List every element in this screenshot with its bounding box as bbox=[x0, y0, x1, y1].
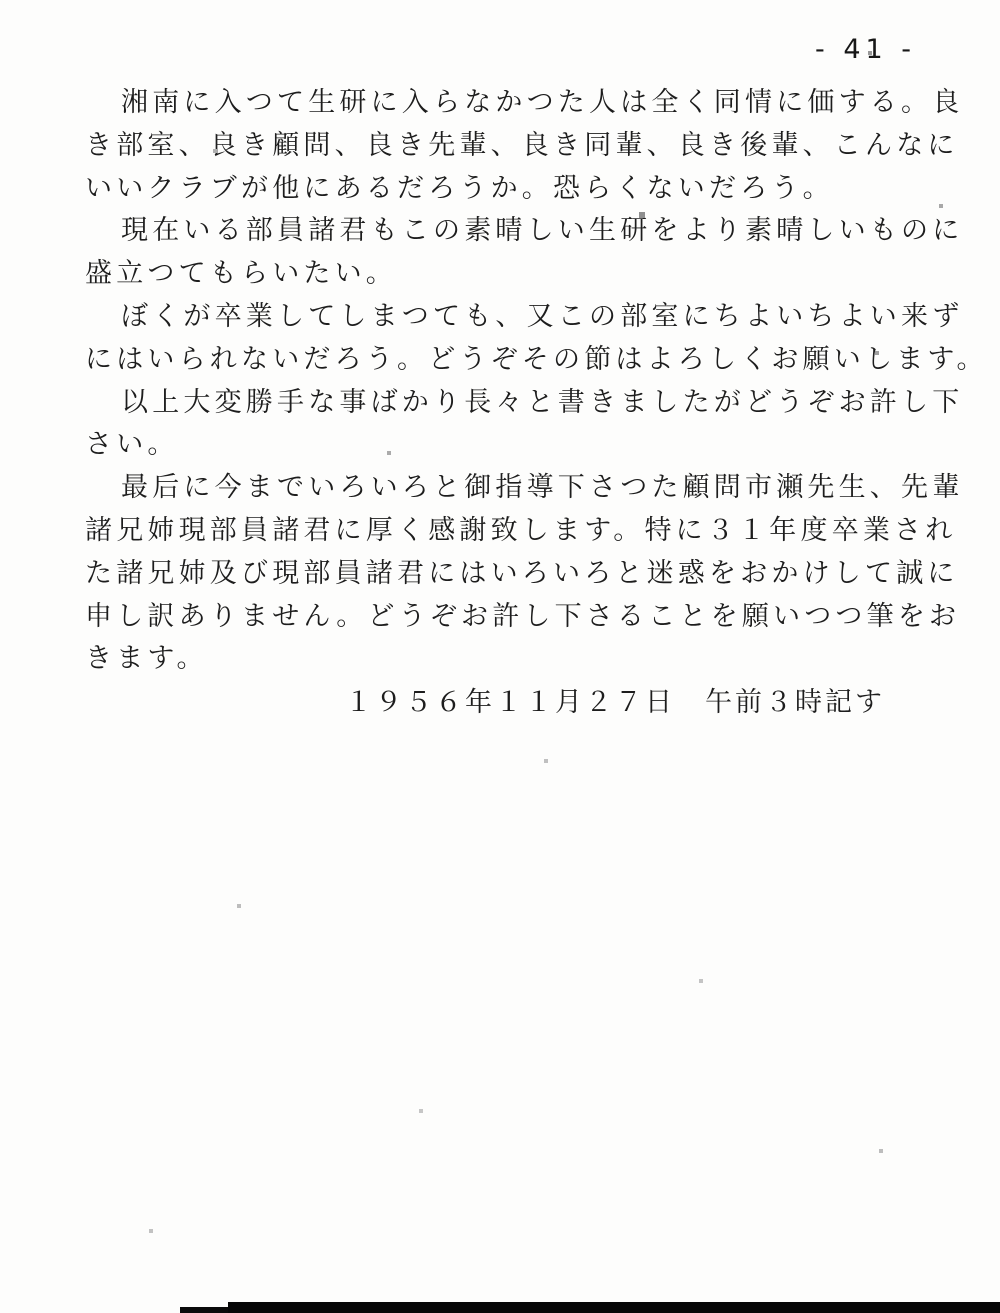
text-line: 最后に今までいろいろと御指導下さつた顧問市瀬先生、先輩 bbox=[85, 467, 925, 510]
text-line: 現在いる部員諸君もこの素晴しい生研をより素晴しいものに bbox=[85, 210, 925, 253]
date-line: １９５６年１１月２７日 午前３時記す bbox=[345, 680, 885, 719]
text-line: 以上大変勝手な事ばかり長々と書きましたがどうぞお許し下 bbox=[85, 382, 925, 425]
text-line: 諸兄姉現部員諸君に厚く感謝致します。特に３１年度卒業され bbox=[85, 510, 925, 553]
text-line: 申し訳ありません。どうぞお許し下さることを願いつつ筆をお bbox=[85, 596, 925, 639]
text-line: き部室、良き顧問、良き先輩、良き同輩、良き後輩、こんなに bbox=[85, 125, 925, 168]
text-line: ぼくが卒業してしまつても、又この部室にちよいちよい来ず bbox=[85, 296, 925, 339]
scan-noise-specks bbox=[0, 0, 2, 2]
letter-body: 湘南に入つて生研に入らなかつた人は全く同情に価する。良 き部室、良き顧問、良き先… bbox=[85, 82, 925, 681]
text-line: 湘南に入つて生研に入らなかつた人は全く同情に価する。良 bbox=[85, 82, 925, 125]
text-line: さい。 bbox=[85, 424, 925, 467]
text-line: 盛立つてもらいたい。 bbox=[85, 253, 925, 296]
scan-artifact-bar bbox=[228, 1302, 1000, 1313]
text-line: た諸兄姉及び現部員諸君にはいろいろと迷惑をおかけして誠に bbox=[85, 553, 925, 596]
page-number: - 41 - bbox=[815, 34, 916, 65]
text-line: いいクラブが他にあるだろうか。恐らくないだろう。 bbox=[85, 168, 925, 211]
scanned-letter-page: - 41 - 湘南に入つて生研に入らなかつた人は全く同情に価する。良 き部室、良… bbox=[0, 0, 1000, 1313]
text-line: きます。 bbox=[85, 638, 925, 681]
text-line: にはいられないだろう。どうぞその節はよろしくお願いします。 bbox=[85, 339, 925, 382]
scan-artifact-bar-tail bbox=[180, 1307, 228, 1313]
